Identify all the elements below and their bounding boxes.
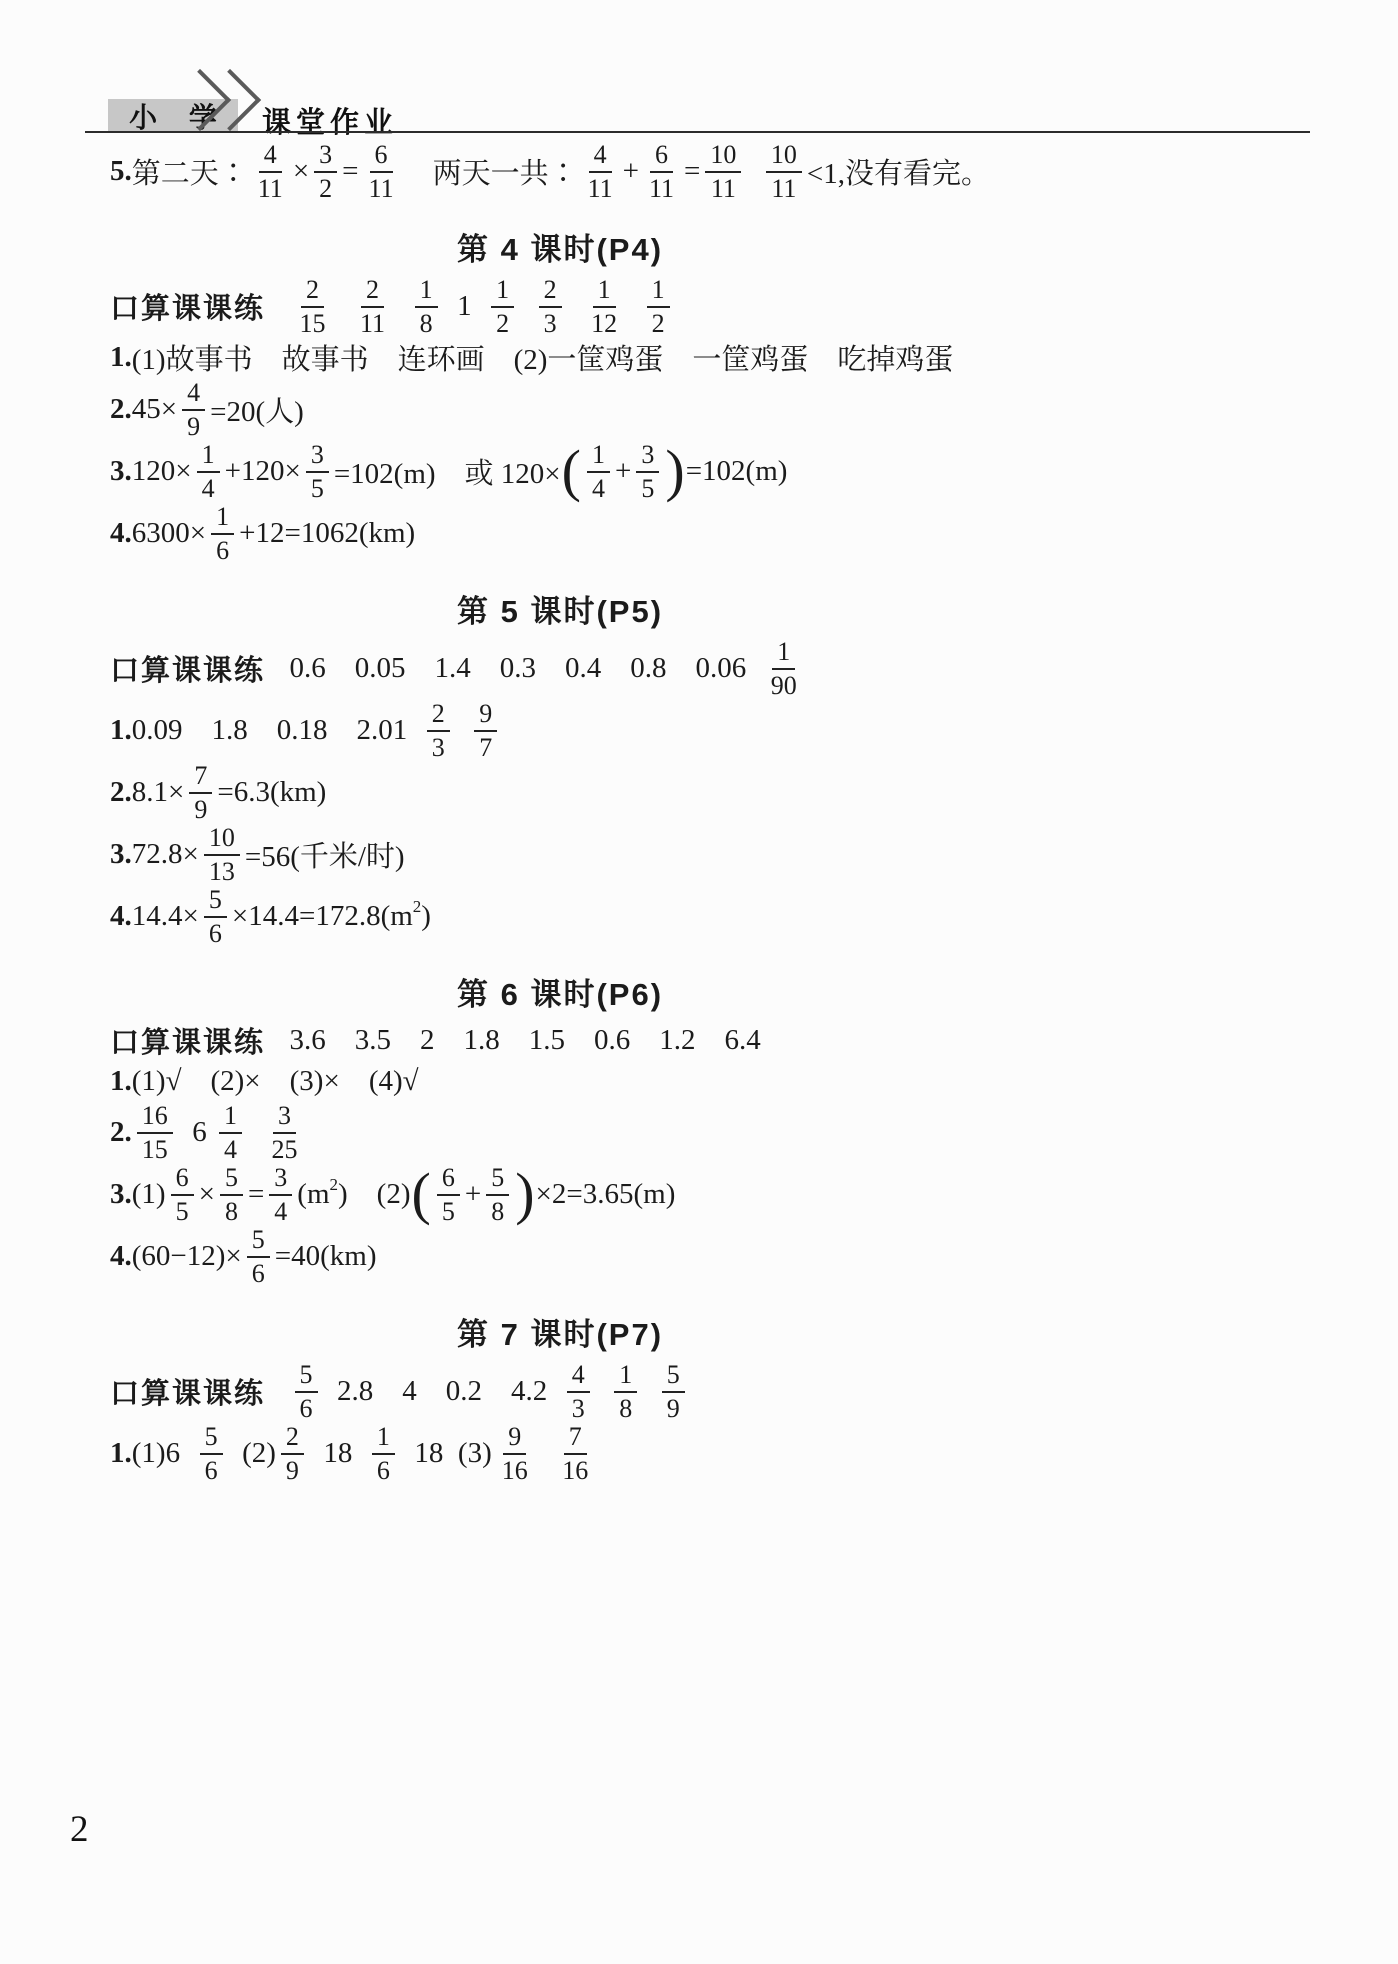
fraction: 18 [614, 1360, 637, 1422]
fraction-numerator: 1 [772, 637, 795, 669]
text-run: 0.09 1.8 0.18 2.01 [132, 714, 422, 747]
big-paren: ( [562, 445, 581, 497]
text-run: + [623, 155, 639, 188]
text-run [395, 290, 410, 323]
text-run: (60−12)× [132, 1240, 242, 1273]
text-run: × [199, 1178, 215, 1211]
big-paren: ) [515, 1168, 534, 1220]
text-run: 18 [309, 1437, 367, 1470]
fraction: 1615 [137, 1101, 173, 1163]
answer-line: 5.第二天∶411×32=611 两天一共∶411+611=1011 1011<… [110, 140, 1010, 202]
fraction: 56 [247, 1225, 270, 1287]
item-label: 3. [110, 1178, 132, 1211]
fraction: 58 [486, 1163, 509, 1225]
fraction-numerator: 7 [564, 1422, 587, 1454]
text-run: + [465, 1178, 481, 1211]
fraction-numerator: 3 [273, 1101, 296, 1133]
fraction: 1011 [766, 140, 802, 202]
fraction-numerator: 9 [474, 699, 497, 731]
answer-line: 4.14.4×56×14.4=172.8(m2) [110, 885, 1010, 947]
answer-line: 4.(60−12)×56=40(km) [110, 1225, 1010, 1287]
fraction-numerator: 5 [295, 1360, 318, 1392]
fraction-numerator: 5 [220, 1163, 243, 1195]
fraction: 56 [200, 1422, 223, 1484]
page-header: 小 学 课堂作业 [0, 0, 1398, 136]
fraction: 325 [267, 1101, 303, 1163]
text-run: (2) [228, 1437, 276, 1470]
answer-line: 3.(1)65×58=34(m2) (2)(65+58)×2=3.65(m) [110, 1163, 1010, 1225]
fraction-numerator: 1 [593, 275, 616, 307]
fraction-denominator: 15 [295, 308, 331, 337]
item-label: 3. [110, 838, 132, 871]
fraction-numerator: 4 [589, 140, 612, 172]
text-run: +12=1062(km) [239, 517, 415, 550]
fraction-numerator: 3 [636, 440, 659, 472]
text-run: (1)故事书 故事书 连环画 (2)一筐鸡蛋 一筐鸡蛋 吃掉鸡蛋 [132, 337, 954, 378]
fraction-numerator: 1 [587, 440, 610, 472]
item-label: 1. [110, 1065, 132, 1098]
fraction: 49 [182, 378, 205, 440]
fraction-denominator: 5 [171, 1196, 194, 1225]
fraction-numerator: 1 [219, 1101, 242, 1133]
text-run: = [684, 155, 700, 188]
fraction: 43 [567, 1360, 590, 1422]
fraction-numerator: 3 [269, 1163, 292, 1195]
text-run: 14.4× [132, 900, 199, 933]
fraction-numerator: 5 [200, 1422, 223, 1454]
text-run [247, 1116, 262, 1149]
text-run: (m [297, 1178, 329, 1211]
text-run: × [293, 155, 309, 188]
fraction: 97 [474, 699, 497, 761]
answer-line: 4.6300×16+12=1062(km) [110, 502, 1010, 564]
oral-practice-line: 口算课课练 215 211 18 1 12 23 112 12 [110, 275, 1010, 337]
fraction-numerator: 6 [370, 140, 393, 172]
fraction-denominator: 6 [372, 1455, 395, 1484]
text-run: 120× [132, 455, 192, 488]
fraction-numerator: 1 [614, 1360, 637, 1392]
fraction-numerator: 9 [503, 1422, 526, 1454]
text-run [336, 290, 351, 323]
fraction-numerator: 1 [647, 275, 670, 307]
fraction: 716 [557, 1422, 593, 1484]
fraction-denominator: 13 [204, 856, 240, 885]
text-run: =6.3(km) [217, 776, 326, 809]
text-run: ×14.4=172.8(m [232, 900, 413, 933]
text-run: =40(km) [275, 1240, 377, 1273]
text-run: 3.6 3.5 2 1.8 1.5 0.6 1.2 6.4 [275, 1024, 761, 1057]
text-run: 6 [178, 1116, 214, 1149]
fraction: 65 [171, 1163, 194, 1225]
oral-practice-line: 口算课课练 56 2.8 4 0.2 4.2 43 18 59 [110, 1360, 1010, 1422]
fraction-numerator: 6 [437, 1163, 460, 1195]
fraction: 35 [636, 440, 659, 502]
fraction-denominator: 12 [586, 308, 622, 337]
text-run: +120× [225, 455, 301, 488]
text-run: 45× [132, 393, 177, 426]
fraction-numerator: 10 [705, 140, 741, 172]
text-run [627, 290, 642, 323]
text-run [538, 1437, 553, 1470]
fraction: 59 [662, 1360, 685, 1422]
fraction: 16 [211, 502, 234, 564]
item-label: 5. [110, 155, 132, 188]
fraction: 1011 [705, 140, 741, 202]
fraction-denominator: 2 [647, 308, 670, 337]
fraction-numerator: 4 [259, 140, 282, 172]
workbook-page: { "header": { "logo_text": "小 学", "title… [0, 0, 1398, 1964]
fraction: 211 [355, 275, 390, 337]
fraction: 611 [644, 140, 679, 202]
answer-line: 1.(1)故事书 故事书 连环画 (2)一筐鸡蛋 一筐鸡蛋 吃掉鸡蛋 [110, 337, 1010, 378]
text-run [746, 155, 761, 188]
fraction-numerator: 6 [650, 140, 673, 172]
fraction: 916 [497, 1422, 533, 1484]
fraction-denominator: 2 [314, 173, 337, 202]
item-label: 口算课课练 [110, 1020, 265, 1061]
item-label: 4. [110, 1240, 132, 1273]
big-paren: ( [412, 1168, 431, 1220]
fraction-denominator: 9 [281, 1455, 304, 1484]
fraction-denominator: 5 [636, 473, 659, 502]
section-heading: 第 7 课时(P7) [110, 1309, 1010, 1354]
text-run: 两天一共∶ [404, 151, 578, 192]
fraction-denominator: 2 [491, 308, 514, 337]
text-run: 72.8× [132, 838, 199, 871]
fraction-denominator: 5 [437, 1196, 460, 1225]
fraction: 14 [219, 1101, 242, 1163]
answer-line: 2.45×49=20(人) [110, 378, 1010, 440]
fraction-denominator: 4 [197, 473, 220, 502]
fraction-denominator: 8 [415, 308, 438, 337]
fraction-denominator: 11 [766, 173, 801, 202]
fraction: 215 [295, 275, 331, 337]
fraction: 112 [586, 275, 622, 337]
fraction-denominator: 90 [766, 670, 802, 699]
answer-line: 2.1615 6 14 325 [110, 1101, 1010, 1163]
fraction-numerator: 2 [539, 275, 562, 307]
text-run: 1 [443, 290, 487, 323]
fraction-numerator: 2 [427, 699, 450, 731]
text-run: 8.1× [132, 776, 185, 809]
text-run [595, 1375, 610, 1408]
item-label: 口算课课练 [110, 648, 265, 689]
fraction-numerator: 1 [491, 275, 514, 307]
fraction: 58 [220, 1163, 243, 1225]
item-label: 口算课课练 [110, 1371, 265, 1412]
fraction-numerator: 1 [197, 440, 220, 472]
fraction: 12 [647, 275, 670, 337]
answer-line: 1.(1)6 56 (2)29 18 16 18 (3)916 716 [110, 1422, 1010, 1484]
text-run: ) (2) [338, 1178, 410, 1211]
fraction-denominator: 7 [474, 732, 497, 761]
text-run: 18 (3) [400, 1437, 492, 1470]
fraction-denominator: 9 [662, 1393, 685, 1422]
item-label: 2. [110, 393, 132, 426]
fraction: 79 [189, 761, 212, 823]
fraction-numerator: 3 [314, 140, 337, 172]
fraction-numerator: 5 [204, 885, 227, 917]
text-run: (1)√ (2)× (3)× (4)√ [132, 1065, 419, 1098]
fraction-numerator: 16 [137, 1101, 173, 1133]
header-rule [85, 131, 1310, 133]
content-area: 5.第二天∶411×32=611 两天一共∶411+611=1011 1011<… [110, 140, 1010, 1484]
fraction-denominator: 11 [583, 173, 618, 202]
text-run: 0.6 0.05 1.4 0.3 0.4 0.8 0.06 [275, 652, 761, 685]
item-label: 4. [110, 900, 132, 933]
big-paren: ) [665, 445, 684, 497]
fraction-denominator: 11 [253, 173, 288, 202]
fraction: 14 [197, 440, 220, 502]
fraction: 12 [491, 275, 514, 337]
fraction-denominator: 11 [644, 173, 679, 202]
fraction-denominator: 3 [567, 1393, 590, 1422]
fraction-numerator: 10 [204, 823, 240, 855]
page-number: 2 [70, 1808, 89, 1851]
text-run: =102(m) 或 120× [334, 451, 561, 492]
fraction-denominator: 3 [427, 732, 450, 761]
text-run: =56(千米/时) [245, 834, 405, 875]
fraction-denominator: 6 [204, 918, 227, 947]
text-run: = [342, 155, 358, 188]
fraction-denominator: 6 [247, 1258, 270, 1287]
fraction: 23 [427, 699, 450, 761]
item-label: 2. [110, 1116, 132, 1149]
fraction: 56 [295, 1360, 318, 1422]
fraction-denominator: 4 [587, 473, 610, 502]
text-run: 2.8 4 0.2 4.2 [323, 1375, 562, 1408]
section-heading: 第 6 课时(P6) [110, 969, 1010, 1014]
text-run: (1)6 [132, 1437, 195, 1470]
item-label: 4. [110, 517, 132, 550]
item-label: 1. [110, 714, 132, 747]
item-label: 2. [110, 776, 132, 809]
answer-line: 1.0.09 1.8 0.18 2.01 23 97 [110, 699, 1010, 761]
fraction-denominator: 6 [200, 1455, 223, 1484]
text-run: =20(人) [210, 389, 304, 430]
fraction-denominator: 4 [219, 1134, 242, 1163]
text-run [519, 290, 534, 323]
fraction: 32 [314, 140, 337, 202]
text-run: ×2=3.65(m) [536, 1178, 676, 1211]
fraction-numerator: 10 [766, 140, 802, 172]
fraction-denominator: 11 [364, 173, 399, 202]
fraction: 35 [306, 440, 329, 502]
text-run [455, 714, 470, 747]
fraction-numerator: 3 [306, 440, 329, 472]
text-run: 6300× [132, 517, 206, 550]
text-run: ) [421, 900, 431, 933]
superscript: 2 [330, 1175, 339, 1195]
oral-practice-line: 口算课课练 3.6 3.5 2 1.8 1.5 0.6 1.2 6.4 [110, 1020, 1010, 1061]
answer-line: 3.120×14+120×35=102(m) 或 120×(14+35)=102… [110, 440, 1010, 502]
fraction-numerator: 4 [567, 1360, 590, 1392]
fraction-numerator: 2 [281, 1422, 304, 1454]
fraction-denominator: 3 [539, 308, 562, 337]
fraction: 29 [281, 1422, 304, 1484]
section-heading: 第 4 课时(P4) [110, 224, 1010, 269]
fraction-denominator: 9 [182, 411, 205, 440]
fraction-denominator: 6 [295, 1393, 318, 1422]
fraction: 1013 [204, 823, 240, 885]
fraction: 34 [269, 1163, 292, 1225]
answer-line: 1.(1)√ (2)× (3)× (4)√ [110, 1061, 1010, 1101]
answer-line: 3.72.8×1013=56(千米/时) [110, 823, 1010, 885]
fraction: 411 [253, 140, 288, 202]
item-label: 1. [110, 341, 132, 374]
fraction-numerator: 1 [372, 1422, 395, 1454]
text-run: 第二天∶ [132, 151, 248, 192]
fraction-denominator: 6 [211, 535, 234, 564]
fraction-denominator: 4 [269, 1196, 292, 1225]
item-label: 口算课课练 [110, 286, 265, 327]
section-heading: 第 5 课时(P5) [110, 586, 1010, 631]
fraction-numerator: 2 [301, 275, 324, 307]
fraction: 14 [587, 440, 610, 502]
text-run: = [248, 1178, 264, 1211]
fraction: 190 [766, 637, 802, 699]
text-run [275, 290, 290, 323]
fraction: 411 [583, 140, 618, 202]
fraction-numerator: 5 [486, 1163, 509, 1195]
fraction-denominator: 11 [355, 308, 390, 337]
text-run [567, 290, 582, 323]
fraction-numerator: 1 [415, 275, 438, 307]
text-run: (1) [132, 1178, 166, 1211]
fraction-numerator: 5 [662, 1360, 685, 1392]
fraction: 23 [539, 275, 562, 337]
fraction: 16 [372, 1422, 395, 1484]
superscript: 2 [413, 897, 422, 917]
fraction-numerator: 4 [182, 378, 205, 410]
fraction: 56 [204, 885, 227, 947]
fraction-numerator: 5 [247, 1225, 270, 1257]
fraction-denominator: 16 [557, 1455, 593, 1484]
text-run: <1,没有看完。 [807, 151, 990, 192]
fraction: 18 [415, 275, 438, 337]
fraction-denominator: 15 [137, 1134, 173, 1163]
fraction-denominator: 25 [267, 1134, 303, 1163]
fraction-denominator: 5 [306, 473, 329, 502]
text-run: + [615, 455, 631, 488]
header-title: 课堂作业 [262, 100, 398, 141]
text-run [642, 1375, 657, 1408]
answer-line: 2.8.1×79=6.3(km) [110, 761, 1010, 823]
fraction-denominator: 8 [486, 1196, 509, 1225]
fraction-numerator: 6 [171, 1163, 194, 1195]
fraction-denominator: 16 [497, 1455, 533, 1484]
fraction-denominator: 8 [220, 1196, 243, 1225]
item-label: 3. [110, 455, 132, 488]
text-run: =102(m) [686, 455, 788, 488]
fraction-numerator: 1 [211, 502, 234, 534]
fraction-denominator: 11 [706, 173, 741, 202]
fraction: 611 [364, 140, 399, 202]
fraction-numerator: 2 [361, 275, 384, 307]
oral-practice-line: 口算课课练 0.6 0.05 1.4 0.3 0.4 0.8 0.06 190 [110, 637, 1010, 699]
text-run [275, 1375, 290, 1408]
item-label: 1. [110, 1437, 132, 1470]
fraction-denominator: 8 [614, 1393, 637, 1422]
fraction: 65 [437, 1163, 460, 1225]
fraction-denominator: 9 [189, 794, 212, 823]
fraction-numerator: 7 [189, 761, 212, 793]
